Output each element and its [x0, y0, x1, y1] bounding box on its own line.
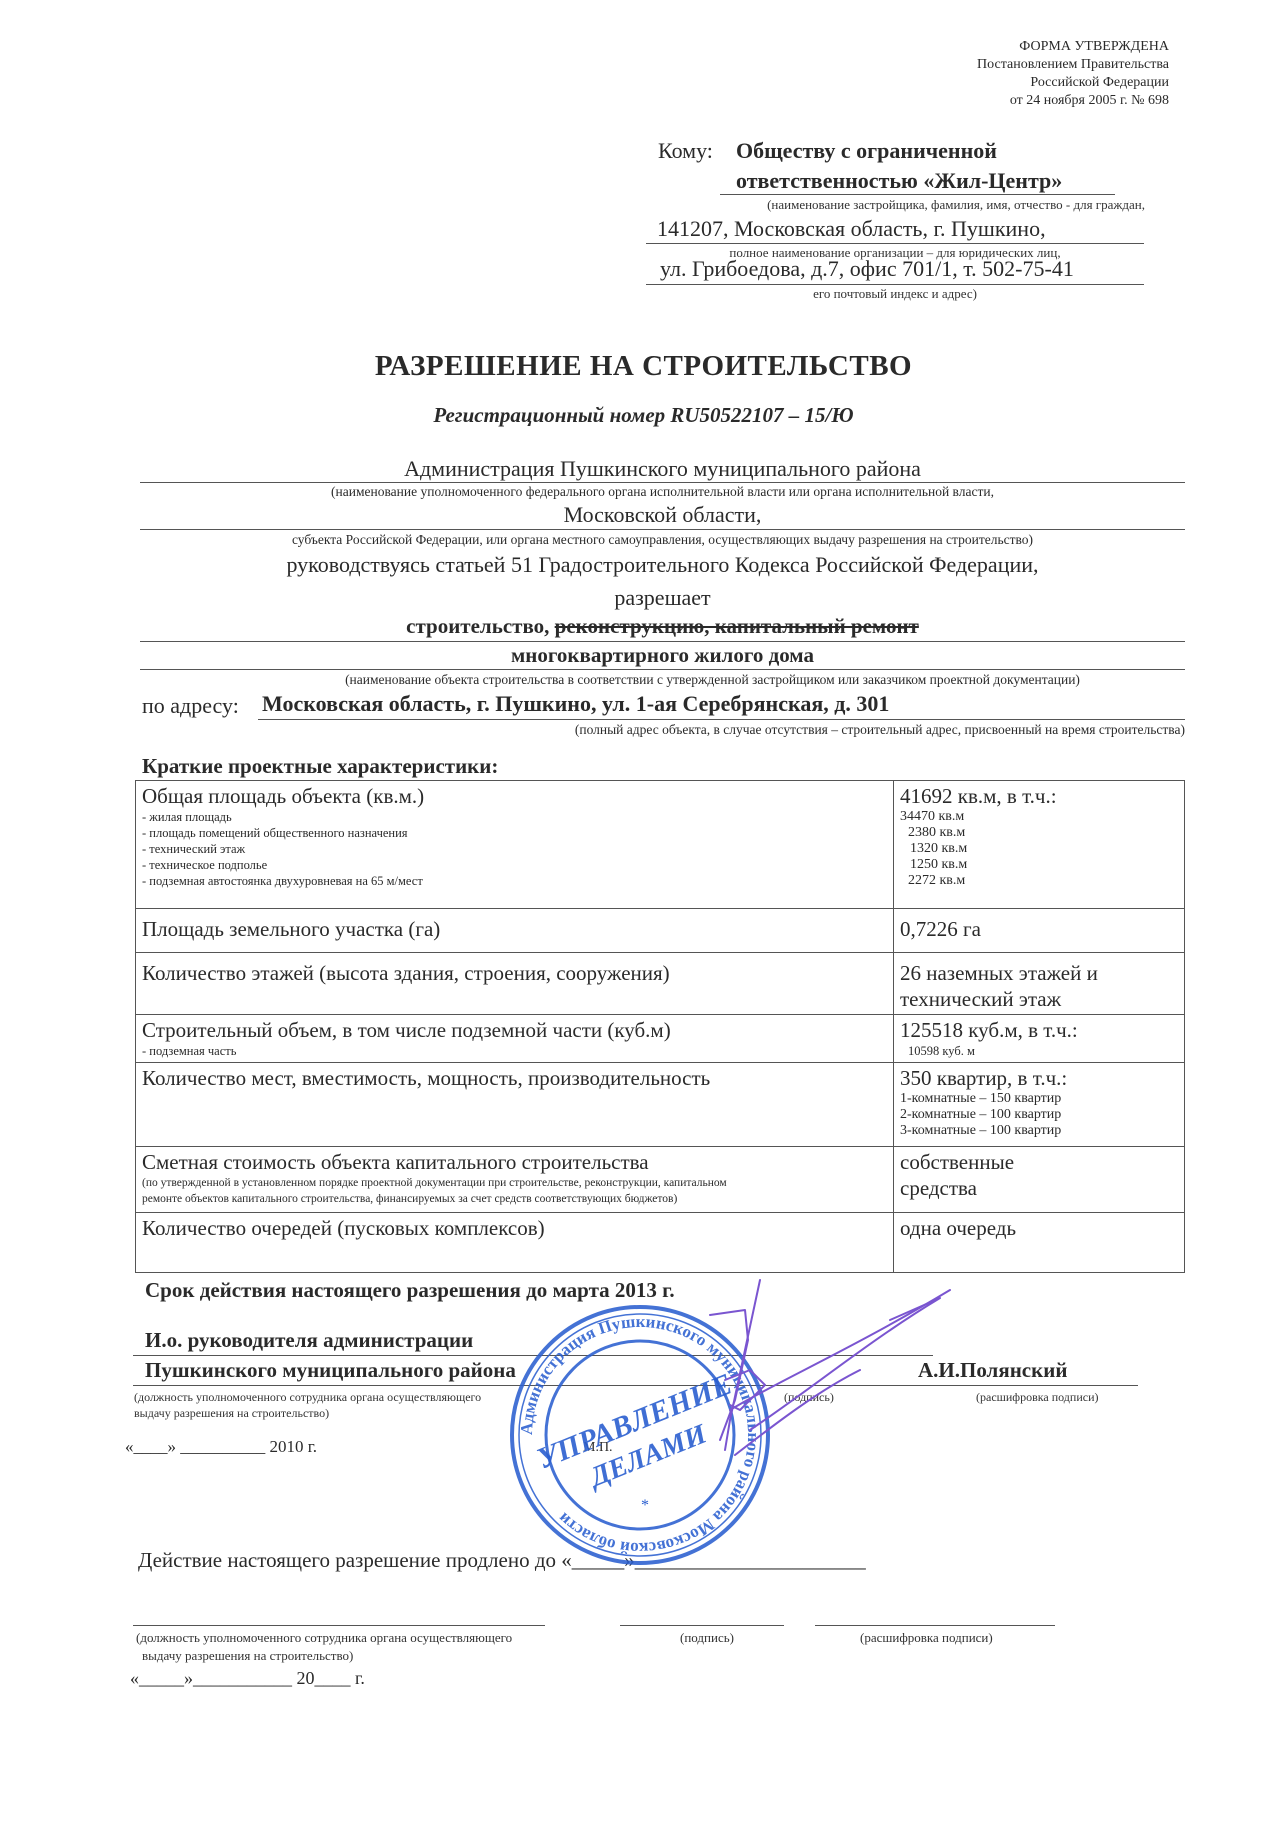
spec-sublabel: - подземная автостоянка двухуровневая на… [142, 873, 887, 889]
spec-label: Строительный объем, в том числе подземно… [142, 1017, 887, 1043]
work-type-struck: реконструкцию, капитальный ремонт [555, 614, 919, 638]
authority-line-2: Московской области, [140, 502, 1185, 528]
underline [140, 482, 1185, 483]
table-row: Общая площадь объекта (кв.м.) - жилая пл… [136, 781, 1185, 909]
spec-label: Общая площадь объекта (кв.м.) [142, 783, 887, 809]
spec-value: 350 квартир, в т.ч.: [900, 1065, 1178, 1091]
object-caption: (наименование объекта строительства в со… [240, 672, 1185, 688]
spec-sublabel: - подземная часть [142, 1043, 887, 1059]
spec-subvalue: 2272 кв.м [900, 873, 1178, 889]
spec-subvalue: 2-комнатные – 100 квартир [900, 1107, 1178, 1123]
address-label: по адресу: [142, 693, 239, 719]
recipient-label: Кому: [658, 138, 713, 164]
spec-value: одна очередь [900, 1215, 1178, 1241]
spec-subvalue: 3-комнатные – 100 квартир [900, 1123, 1178, 1139]
address-value: Московская область, г. Пушкино, ул. 1-ая… [262, 691, 889, 717]
authority-caption-2: субъекта Российской Федерации, или орган… [140, 532, 1185, 548]
caption-position-2: выдачу разрешения на строительство) [134, 1406, 329, 1421]
registration-number: Регистрационный номер RU50522107 – 15/Ю [0, 403, 1287, 428]
caption-name: (расшифровка подписи) [976, 1390, 1099, 1405]
recipient-name-line1: Обществу с ограниченной [736, 138, 997, 164]
address-caption: (полный адрес объекта, в случае отсутств… [330, 722, 1185, 738]
spec-label: Количество очередей (пусковых комплексов… [142, 1215, 887, 1241]
spec-label: Площадь земельного участка (га) [142, 911, 887, 942]
table-row: Строительный объем, в том числе подземно… [136, 1015, 1185, 1063]
spec-value: 26 наземных этажей и [900, 955, 1178, 986]
underline [646, 284, 1144, 285]
approval-line-3: Российской Федерации [977, 74, 1169, 92]
work-type-active: строительство, [406, 614, 549, 638]
specs-heading: Краткие проектные характеристики: [142, 754, 498, 779]
spec-subvalue: 1-комнатные – 150 квартир [900, 1091, 1178, 1107]
table-row: Площадь земельного участка (га) 0,7226 г… [136, 909, 1185, 953]
underline [133, 1625, 545, 1626]
form-approval-header: ФОРМА УТВЕРЖДЕНА Постановлением Правител… [977, 38, 1169, 110]
table-row: Сметная стоимость объекта капитального с… [136, 1147, 1185, 1213]
svg-text:*: * [641, 1497, 649, 1514]
spec-value: 125518 куб.м, в т.ч.: [900, 1017, 1178, 1043]
caption-position-1: (должность уполномоченного сотрудника ор… [134, 1390, 481, 1405]
underline [620, 1625, 784, 1626]
spec-label: Сметная стоимость объекта капитального с… [142, 1149, 887, 1175]
approval-line-1: ФОРМА УТВЕРЖДЕНА [977, 38, 1169, 56]
ext-caption-position-2: выдачу разрешения на строительство) [142, 1648, 353, 1664]
spec-subvalue: 2380 кв.м [900, 825, 1178, 841]
approval-line-2: Постановлением Правительства [977, 56, 1169, 74]
spec-label: Количество мест, вместимость, мощность, … [142, 1065, 887, 1091]
spec-value: 0,7226 га [900, 911, 1178, 942]
authority-line-1: Администрация Пушкинского муниципального… [140, 456, 1185, 482]
table-row: Количество очередей (пусковых комплексов… [136, 1213, 1185, 1273]
project-specs-table: Общая площадь объекта (кв.м.) - жилая пл… [135, 780, 1185, 1273]
underline [140, 669, 1185, 670]
spec-value: технический этаж [900, 986, 1178, 1012]
underline [140, 641, 1185, 642]
spec-value: 41692 кв.м, в т.ч.: [900, 783, 1178, 809]
legal-basis: руководствуясь статьей 51 Градостроитель… [140, 552, 1185, 578]
authority-caption-1: (наименование уполномоченного федерально… [140, 484, 1185, 500]
ext-caption-signature: (подпись) [680, 1630, 734, 1646]
spec-sublabel: - жилая площадь [142, 809, 887, 825]
spec-value: средства [900, 1175, 1178, 1201]
underline [815, 1625, 1055, 1626]
recipient-address-line2: ул. Грибоедова, д.7, офис 701/1, т. 502-… [660, 256, 1074, 282]
approval-line-4: от 24 ноября 2005 г. № 698 [977, 92, 1169, 110]
spec-subvalue: 10598 куб. м [900, 1043, 1178, 1059]
spec-sublabel: (по утвержденной в установленном порядке… [142, 1175, 887, 1191]
object-name: многоквартирного жилого дома [140, 643, 1185, 668]
spec-value: собственные [900, 1149, 1178, 1175]
table-row: Количество мест, вместимость, мощность, … [136, 1063, 1185, 1147]
recipient-caption-1: (наименование застройщика, фамилия, имя,… [700, 197, 1145, 213]
recipient-name-line2: ответственностью «Жил-Центр» [736, 168, 1062, 194]
spec-sublabel: - площадь помещений общественного назнач… [142, 825, 887, 841]
permits-verb: разрешает [140, 585, 1185, 611]
spec-sublabel: - техническое подполье [142, 857, 887, 873]
table-row: Количество этажей (высота здания, строен… [136, 953, 1185, 1015]
ext-caption-position-1: (должность уполномоченного сотрудника ор… [136, 1630, 512, 1646]
spec-subvalue: 1250 кв.м [900, 857, 1178, 873]
spec-sublabel: ремонте объектов капитального строительс… [142, 1191, 887, 1207]
underline [720, 194, 1115, 195]
signatory-position-line2: Пушкинского муниципального района [145, 1358, 516, 1383]
underline [646, 243, 1144, 244]
recipient-caption-3: его почтовый индекс и адрес) [646, 286, 1144, 302]
handwritten-signature-icon [690, 1270, 990, 1500]
work-type: строительство, реконструкцию, капитальны… [140, 614, 1185, 639]
spec-subvalue: 34470 кв.м [900, 809, 1178, 825]
recipient-address-line1: 141207, Московская область, г. Пушкино, [657, 216, 1046, 242]
spec-label: Количество этажей (высота здания, строен… [142, 955, 887, 986]
signing-date: «____» __________ 2010 г. [125, 1437, 317, 1457]
document-title: РАЗРЕШЕНИЕ НА СТРОИТЕЛЬСТВО [0, 350, 1287, 383]
spec-subvalue: 1320 кв.м [900, 841, 1178, 857]
signatory-position-line1: И.о. руководителя администрации [145, 1328, 473, 1353]
ext-caption-name: (расшифровка подписи) [860, 1630, 993, 1646]
underline [140, 529, 1185, 530]
underline [258, 719, 1185, 720]
spec-sublabel: - технический этаж [142, 841, 887, 857]
ext-date: «_____»___________ 20____ г. [130, 1668, 365, 1689]
